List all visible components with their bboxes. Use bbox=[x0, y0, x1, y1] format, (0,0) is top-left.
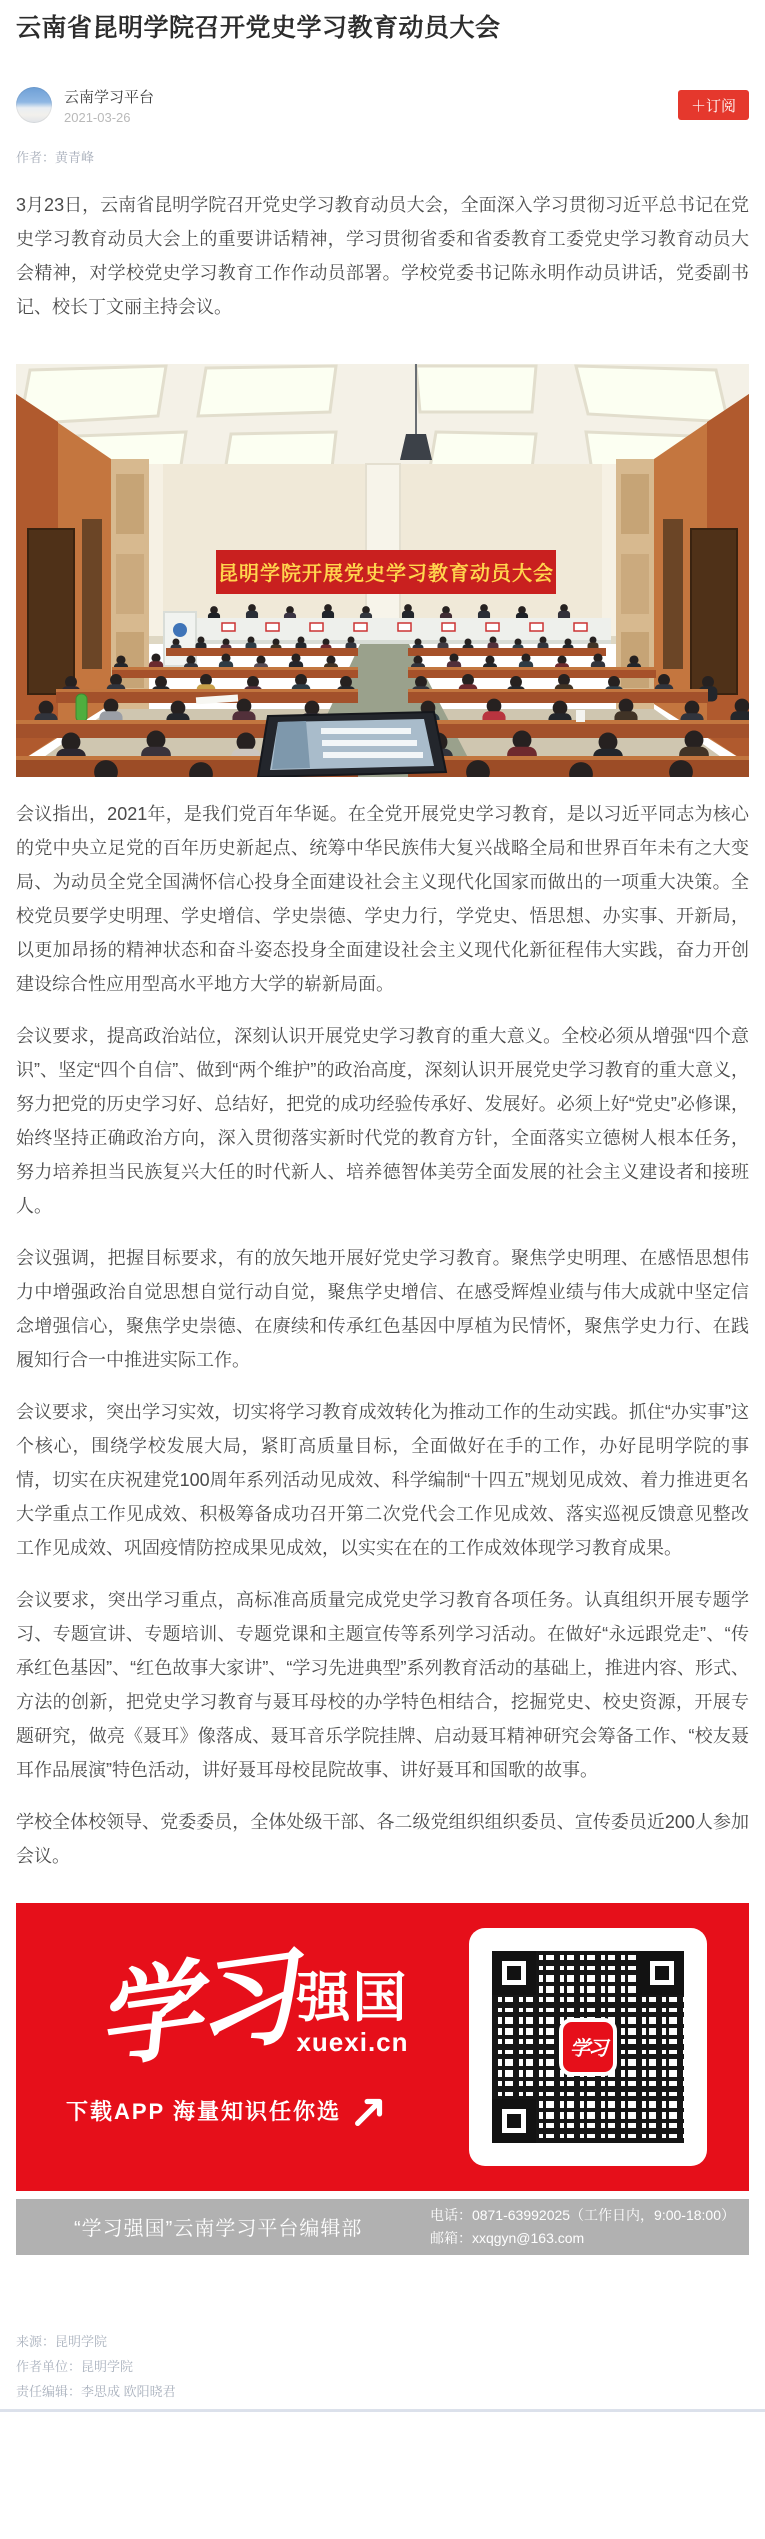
promo-tagline: 下载APP 海量知识任你选 bbox=[66, 2095, 341, 2126]
editorial-dept: “学习强国”云南学习平台编辑部 bbox=[74, 2212, 362, 2241]
article-paragraph: 会议指出，2021年，是我们党百年华诞。在全党开展党史学习教育，是以习近平同志为… bbox=[16, 797, 749, 1001]
meta-source: 来源：昆明学院 bbox=[16, 2329, 749, 2354]
article-paragraph: 3月23日，云南省昆明学院召开党史学习教育动员大会，全面深入学习贯彻习近平总书记… bbox=[16, 188, 749, 324]
contact-footer-bar: “学习强国”云南学习平台编辑部 电话：0871-63992025（工作日内，9:… bbox=[16, 2199, 749, 2255]
source-row: 云南学习平台 2021-03-26 ＋订阅 bbox=[16, 86, 749, 125]
article-page: 云南省昆明学院召开党史学习教育动员大会 云南学习平台 2021-03-26 ＋订… bbox=[0, 12, 765, 2412]
contact-info: 电话：0871-63992025（工作日内，9:00-18:00） 邮箱：xxq… bbox=[430, 2204, 735, 2250]
photo-banner-text: 昆明学院开展党史学习教育动员大会 bbox=[218, 561, 554, 585]
source-avatar[interactable] bbox=[16, 87, 52, 123]
qr-finder-icon bbox=[492, 2099, 536, 2143]
article-paragraph: 学校全体校领导、党委委员，全体处级干部、各二级党组织组织委员、宣传委员近200人… bbox=[16, 1805, 749, 1873]
article-paragraph: 会议强调，把握目标要求，有的放矢地开展好党史学习教育。聚焦学史明理、在感悟思想伟… bbox=[16, 1241, 749, 1377]
xuexi-logo-domain: xuexi.cn bbox=[296, 2027, 408, 2058]
promo-left: 学习 强国 xuexi.cn 下载APP 海量知识任你选 bbox=[66, 1964, 469, 2130]
contact-email: 邮箱：xxqgyn@163.com bbox=[430, 2227, 735, 2250]
qr-finder-icon bbox=[492, 1951, 536, 1995]
author-line: 作者：黄青峰 bbox=[16, 147, 749, 166]
conference-hall-photo: 昆明学院开展党史学习教育动员大会 bbox=[16, 364, 749, 777]
source-info: 云南学习平台 2021-03-26 bbox=[64, 86, 678, 125]
article-paragraph: 会议要求，突出学习重点，高标准高质量完成党史学习教育各项任务。认真组织开展专题学… bbox=[16, 1583, 749, 1787]
xuexi-logo-bold: 强国 bbox=[297, 1971, 409, 2025]
xuexi-logo: 学习 强国 xuexi.cn bbox=[66, 1964, 439, 2058]
subscribe-button[interactable]: ＋订阅 bbox=[678, 90, 749, 120]
publish-date: 2021-03-26 bbox=[64, 110, 678, 125]
article-paragraph: 会议要求，突出学习实效，切实将学习教育成效转化为推动工作的生动实践。抓住“办实事… bbox=[16, 1395, 749, 1565]
cursor-arrow-icon bbox=[351, 2092, 389, 2130]
source-name[interactable]: 云南学习平台 bbox=[64, 86, 678, 107]
promo-banner[interactable]: 学习 强国 xuexi.cn 下载APP 海量知识任你选 学习 bbox=[16, 1903, 749, 2191]
qr-center-logo: 学习 bbox=[559, 2018, 617, 2076]
contact-phone: 电话：0871-63992025（工作日内，9:00-18:00） bbox=[430, 2204, 735, 2227]
page-title: 云南省昆明学院召开党史学习教育动员大会 bbox=[16, 12, 749, 46]
article-meta: 来源：昆明学院 作者单位：昆明学院 责任编辑：李思成 欧阳晓君 bbox=[16, 2329, 749, 2404]
qr-code: 学习 bbox=[492, 1951, 684, 2143]
xuexi-logo-script: 学习 bbox=[91, 1951, 298, 2071]
article-photo: 昆明学院开展党史学习教育动员大会 bbox=[16, 364, 749, 777]
qr-finder-icon bbox=[640, 1951, 684, 1995]
meta-author-unit: 作者单位：昆明学院 bbox=[16, 2354, 749, 2379]
bottom-divider bbox=[0, 2409, 765, 2412]
laptop bbox=[258, 712, 446, 777]
meta-editors: 责任编辑：李思成 欧阳晓君 bbox=[16, 2379, 749, 2404]
article-paragraph: 会议要求，提高政治站位，深刻认识开展党史学习教育的重大意义。全校必须从增强“四个… bbox=[16, 1019, 749, 1223]
qr-card: 学习 bbox=[469, 1928, 707, 2166]
